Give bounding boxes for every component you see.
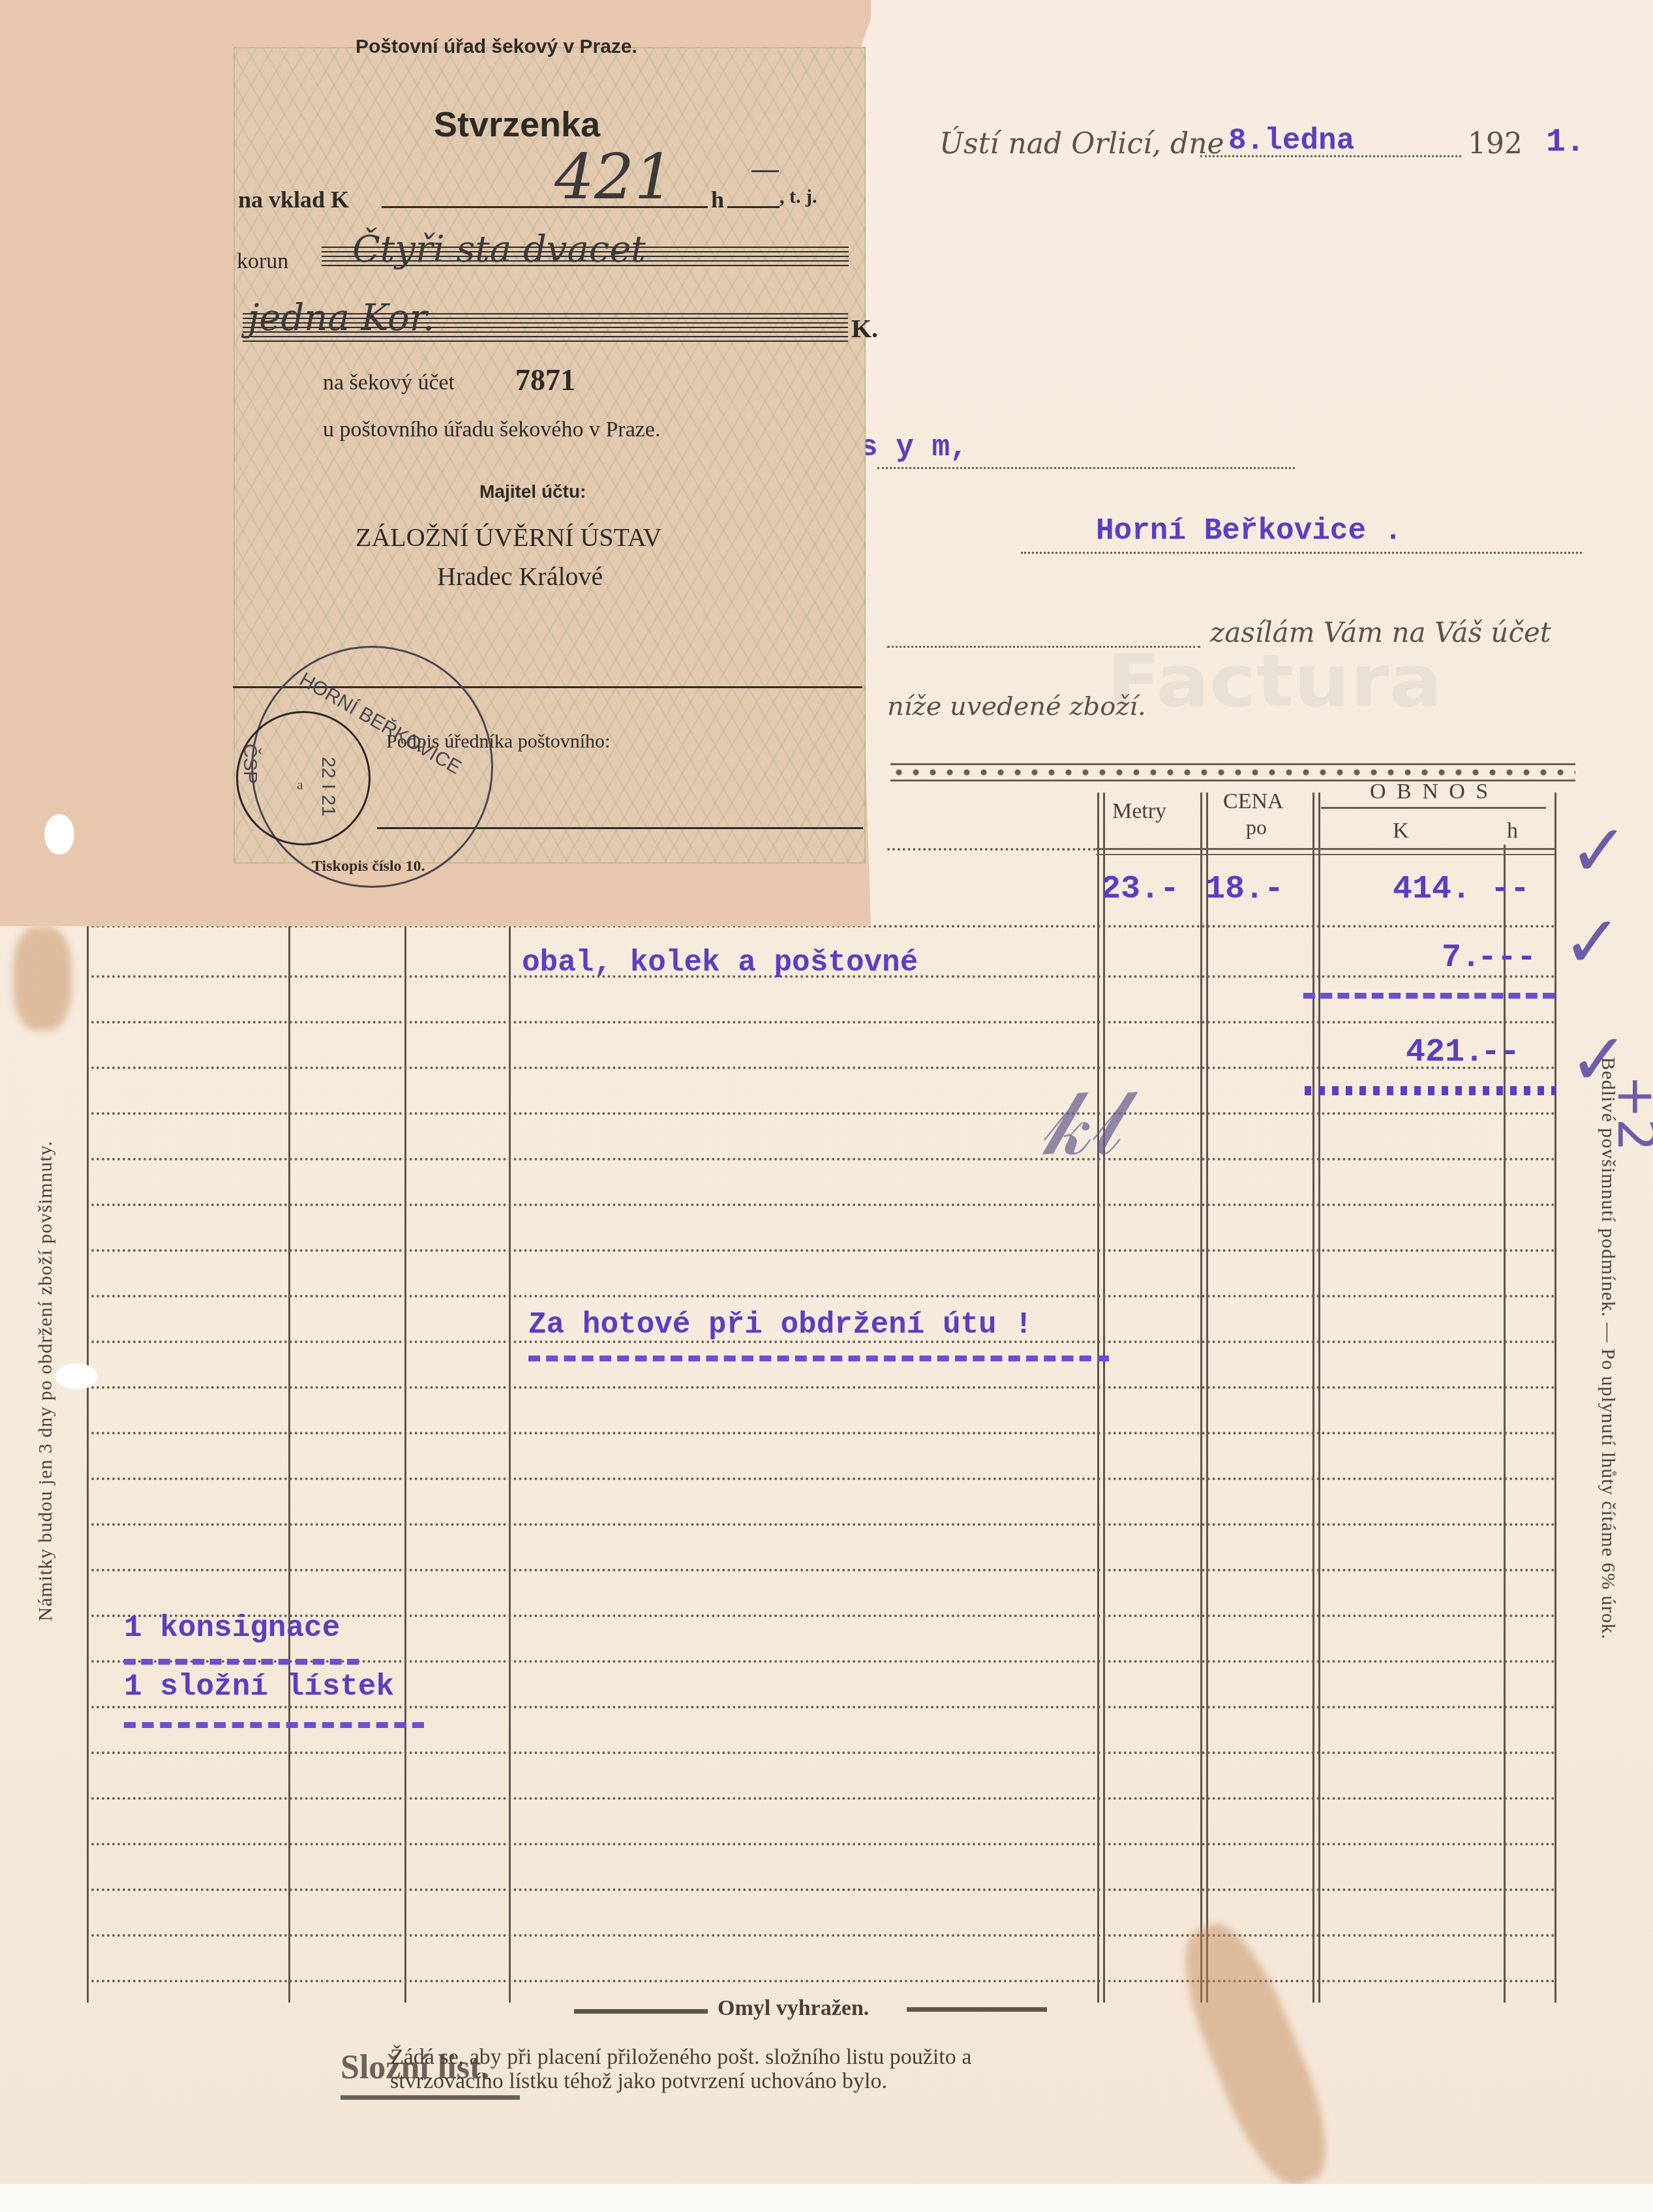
col-line-6b: [1318, 793, 1320, 2003]
row-line: [91, 1112, 1556, 1115]
scan-bottom-margin: [0, 2184, 1653, 2212]
date-typed: 8.ledna: [1228, 124, 1354, 158]
row-line: [887, 848, 1096, 851]
postmark-country: ČSP: [239, 744, 261, 784]
col-line-5b: [1206, 793, 1208, 2003]
row-line: [91, 1386, 1556, 1389]
header-amount-k: K: [1393, 819, 1409, 843]
row2-amount-k: 7.: [1442, 939, 1481, 977]
pencil-checkmark-icon: ✓: [1562, 900, 1622, 984]
receipt-office-header: Poštovní úřad šekový v Praze.: [356, 36, 637, 58]
deposit-amount-handwritten: 421: [554, 140, 674, 213]
owner-label: Majitel účtu:: [479, 481, 586, 502]
row-line: [91, 1980, 1556, 1982]
col-line-margin: [87, 926, 89, 2003]
header-amount-h: h: [1507, 819, 1518, 843]
row2-description: obal, kolek a poštovné: [522, 946, 918, 980]
row-line: [91, 1295, 1556, 1297]
table-top-border: [890, 763, 1575, 781]
sending-text: zasílám Vám na Váš účet: [1210, 616, 1551, 648]
row3-amount-k: 421.: [1406, 1034, 1484, 1071]
row-line: [91, 1204, 1556, 1206]
stain-left-edge: [13, 926, 72, 1031]
payment-note-rule: [528, 1356, 1109, 1361]
owner-name: ZÁLOŽNÍ ÚVĚRNÍ ÚSTAV: [356, 522, 661, 553]
col-line-4a: [1097, 793, 1099, 2003]
row-line: [91, 1888, 1556, 1891]
col-line-7: [1504, 845, 1506, 2003]
factura-watermark: Factura: [1107, 639, 1442, 723]
row-line: [91, 1569, 1556, 1571]
recipient-dotted-line-1: [877, 467, 1295, 469]
row1-meters: 23.-: [1101, 871, 1179, 908]
deposit-label: na vklad K: [238, 186, 349, 213]
hellers-line: [727, 206, 780, 208]
header-price: CENA: [1223, 789, 1284, 814]
recipient-line-partial: s y m,: [860, 431, 968, 464]
enclosure-2-rule: [124, 1722, 424, 1728]
subtotal-rule: [1303, 993, 1554, 999]
receipt-title: Stvrzenka: [434, 104, 600, 145]
amount-words-line1: Čtyři sta dvacet: [352, 228, 646, 271]
row-line: [91, 1706, 1556, 1708]
postmark-date: 22 I 21: [317, 757, 339, 817]
row-line: [91, 1021, 1556, 1023]
row-line: [91, 1067, 1556, 1069]
row-line: [91, 1523, 1556, 1526]
col-line-6a: [1312, 793, 1314, 2003]
amount-words-line2: jedna Kor.: [248, 297, 434, 339]
header-bottom-rule: [1096, 848, 1556, 855]
goods-text: níže uvedené zboží.: [887, 691, 1146, 721]
col-line-4b: [1103, 793, 1105, 2003]
header-amount: O B N O S: [1370, 780, 1491, 804]
account-label: na šekový účet: [323, 371, 455, 395]
enclosure-1-rule: [124, 1659, 359, 1665]
recipient-dotted-line-2: [1021, 552, 1582, 554]
row3-amount-h: --: [1481, 1034, 1520, 1071]
tj-label: , t. j.: [780, 186, 817, 208]
punch-hole-top: [44, 814, 74, 855]
row-line: [91, 1432, 1556, 1434]
postmark-letter: a: [297, 776, 303, 793]
year-prefix: 192: [1468, 127, 1523, 160]
row-line: [91, 1843, 1556, 1845]
header-meters: Metry: [1112, 799, 1166, 824]
enclosure-1: 1 konsignace: [124, 1611, 340, 1645]
hellers-value: —: [750, 151, 780, 187]
slip-text-1: Žádá se, aby při placení přiloženého poš…: [390, 2045, 971, 2070]
total-double-rule: [1305, 1086, 1556, 1095]
office-line: u poštovního úřadu šekového v Praze.: [323, 417, 660, 442]
recipient-dotted-line-3: [887, 646, 1200, 648]
row-line: [91, 1934, 1556, 1937]
year-suffix: 1.: [1546, 124, 1585, 161]
errors-rule-left: [574, 2009, 708, 2014]
owner-city: Hradec Králové: [437, 561, 603, 592]
row1-price: 18.-: [1206, 871, 1284, 908]
col-line-1: [288, 926, 290, 2003]
account-number: 7871: [515, 363, 575, 397]
row-line: [91, 1751, 1556, 1754]
recipient-city: Horní Beřkovice .: [1096, 514, 1402, 548]
punch-hole-middle: [55, 1363, 98, 1389]
row-line: [91, 1158, 1556, 1160]
payment-note: Za hotové při obdržení útu !: [528, 1308, 1033, 1342]
row-line: [91, 1797, 1556, 1800]
place-date-label: Ústí nad Orlicí, dne: [939, 127, 1224, 160]
row1-amount-k: 414.: [1393, 871, 1471, 908]
col-line-8: [1554, 793, 1556, 2003]
enclosure-2: 1 složní lístek: [124, 1670, 394, 1704]
errors-rule-right: [907, 2007, 1047, 2012]
pencil-mark-icon: +2: [1606, 1075, 1653, 1152]
row1-amount-h: --: [1491, 871, 1530, 908]
col-line-3: [509, 926, 511, 2003]
row2-amount-h: ---: [1478, 939, 1536, 977]
row-line: [91, 1249, 1556, 1252]
pencil-scribble-icon: 𝓀𝓁: [1044, 1070, 1123, 1177]
row-line: [91, 1477, 1556, 1480]
left-margin-note: Námitky budou jen 3 dny po obdržení zbož…: [35, 957, 57, 1805]
errors-reserved: Omyl vyhražen.: [718, 1996, 869, 2021]
header-amount-divider: [1321, 807, 1546, 809]
header-price-sub: po: [1246, 815, 1267, 840]
korun-label: korun: [237, 249, 288, 274]
col-line-5a: [1200, 793, 1202, 2003]
line2-suffix: K.: [851, 313, 878, 344]
pencil-checkmark-icon: ✓: [1569, 809, 1629, 892]
slip-title-rule: [341, 2095, 520, 2100]
slip-text-2: stvrzovacího lístku téhož jako potvrzení…: [390, 2069, 887, 2094]
hellers-label: h: [711, 186, 724, 213]
col-line-2: [404, 926, 406, 2003]
